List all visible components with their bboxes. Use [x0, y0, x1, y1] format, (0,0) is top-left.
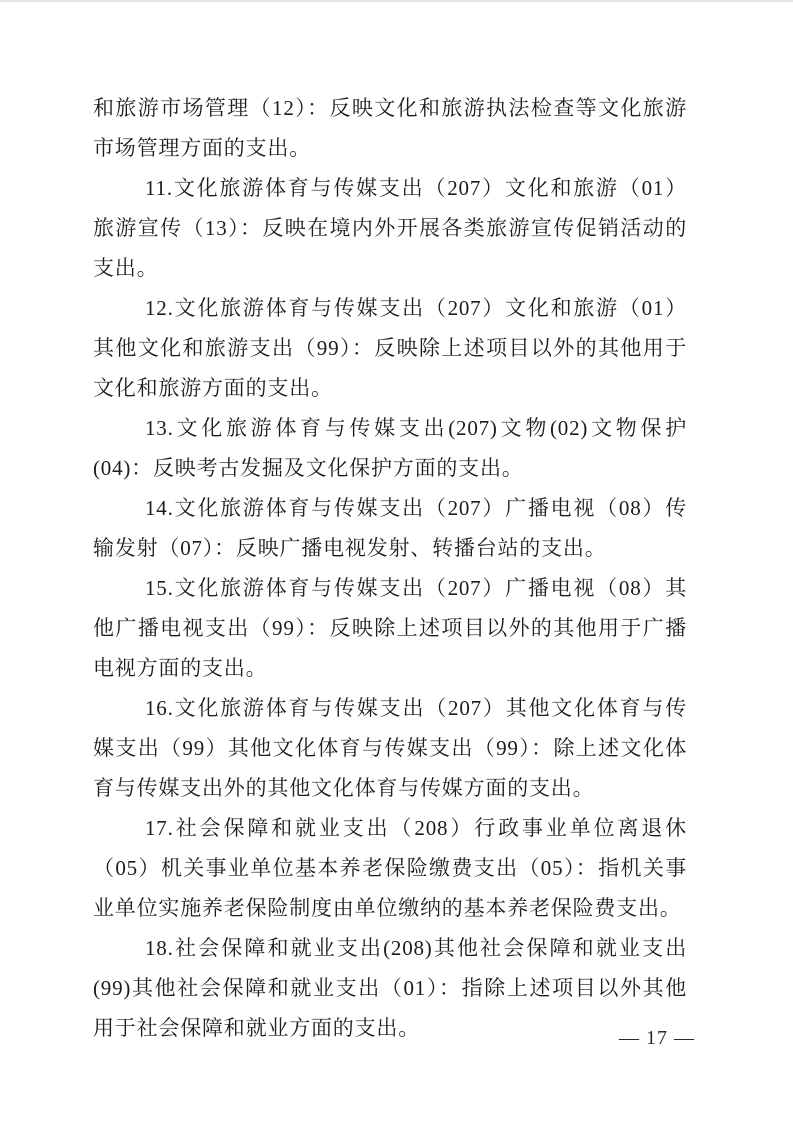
page-footer: — 17 — — [619, 1024, 695, 1052]
page-number: — 17 — — [619, 1027, 695, 1049]
paragraph-item-18: 18.社会保障和就业支出(208)其他社会保障和就业支出(99)其他社会保障和就… — [93, 928, 687, 1048]
paragraph-continuation: 和旅游市场管理（12）：反映文化和旅游执法检查等文化旅游市场管理方面的支出。 — [93, 88, 687, 168]
document-page: 和旅游市场管理（12）：反映文化和旅游执法检查等文化旅游市场管理方面的支出。 1… — [0, 0, 793, 1122]
paragraph-item-16: 16.文化旅游体育与传媒支出（207）其他文化体育与传媒支出（99）其他文化体育… — [93, 688, 687, 808]
paragraph-item-14: 14.文化旅游体育与传媒支出（207）广播电视（08）传输发射（07）：反映广播… — [93, 488, 687, 568]
paragraph-item-13: 13.文化旅游体育与传媒支出(207)文物(02)文物保护(04)：反映考古发掘… — [93, 408, 687, 488]
paragraph-item-15: 15.文化旅游体育与传媒支出（207）广播电视（08）其他广播电视支出（99）：… — [93, 568, 687, 688]
paragraph-item-11: 11.文化旅游体育与传媒支出（207）文化和旅游（01）旅游宣传（13）：反映在… — [93, 168, 687, 288]
paragraph-item-12: 12.文化旅游体育与传媒支出（207）文化和旅游（01）其他文化和旅游支出（99… — [93, 288, 687, 408]
paragraph-item-17: 17.社会保障和就业支出（208）行政事业单位离退休（05）机关事业单位基本养老… — [93, 808, 687, 928]
document-body: 和旅游市场管理（12）：反映文化和旅游执法检查等文化旅游市场管理方面的支出。 1… — [93, 88, 687, 1048]
